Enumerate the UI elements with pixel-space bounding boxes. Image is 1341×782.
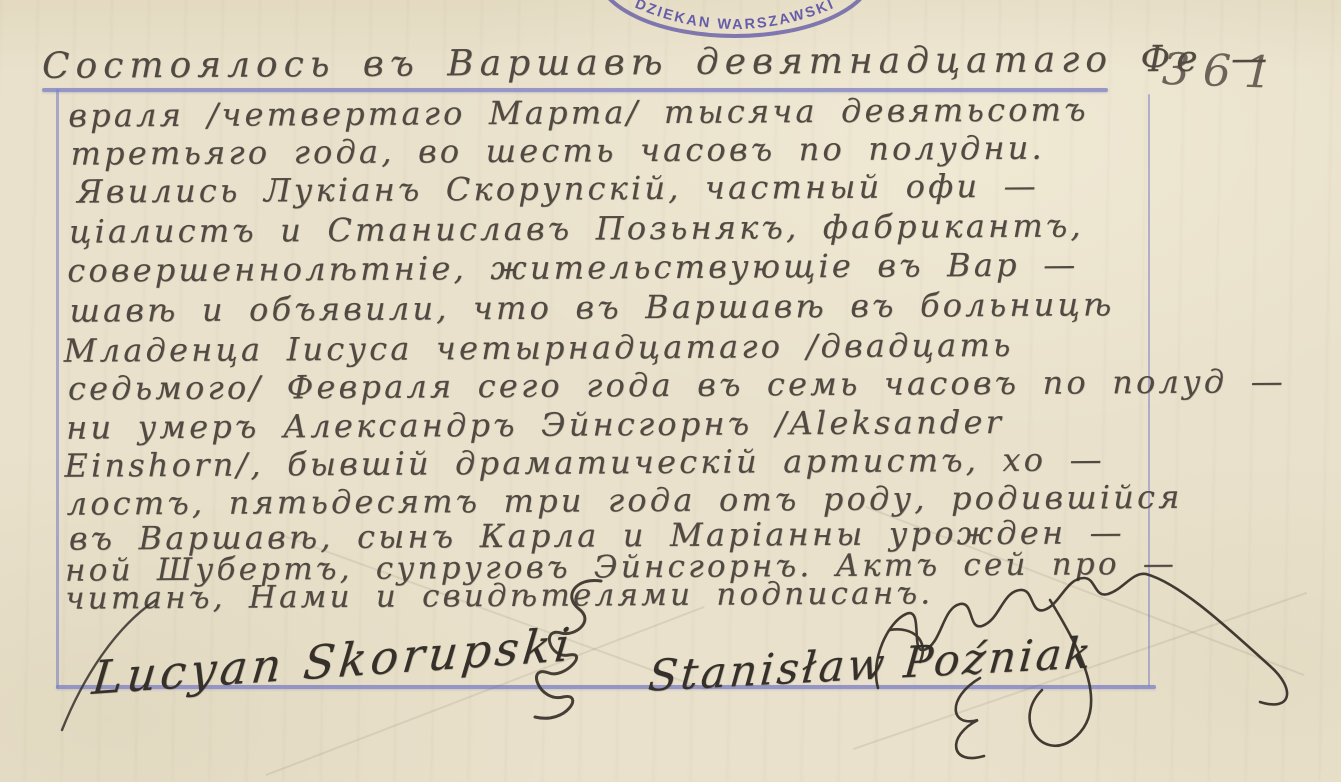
manuscript-line-2: враля /четвертаго Марта/ тысяча девятьсо… [68, 90, 1089, 134]
manuscript-line-11: Einshorn/, бывшій драматическій артистъ,… [64, 440, 1105, 484]
manuscript-line-4: Явились Лукіанъ Скорупскій, частный офи … [77, 167, 1039, 211]
manuscript-line-15: читанъ, Нами и свидѣтелями подписанъ. [65, 575, 933, 616]
scanned-document-page: DZIEKAN WARSZAWSKI 361 Состоялось въ Вар… [0, 0, 1341, 782]
manuscript-line-10: ни умеръ Александръ Эйнсгорнъ /Aleksande… [66, 403, 1004, 447]
signature-swash-icon [52, 588, 172, 738]
manuscript-line-3: третьяго года, во шесть часовъ по полудн… [70, 129, 1045, 173]
manuscript-line-5: ціалистъ и Станиславъ Позьнякъ, фабрикан… [69, 206, 1084, 250]
manuscript-line-6: совершеннолѣтніе, жительствующіе въ Вар … [67, 246, 1078, 290]
manuscript-line-1: Состоялось въ Варшавѣ девятнадцатаго Фе … [42, 38, 1273, 87]
manuscript-line-8: Младенца Іисуса четырнадцатаго /двадцать [64, 326, 1014, 370]
manuscript-line-7: шавѣ и объявили, что въ Варшавѣ въ больн… [69, 285, 1114, 329]
manuscript-line-9: седьмого/ Февраля сего года въ семь часо… [68, 362, 1286, 407]
officiant-signature-icon [850, 570, 1320, 770]
signature-paraph-icon [505, 575, 655, 740]
